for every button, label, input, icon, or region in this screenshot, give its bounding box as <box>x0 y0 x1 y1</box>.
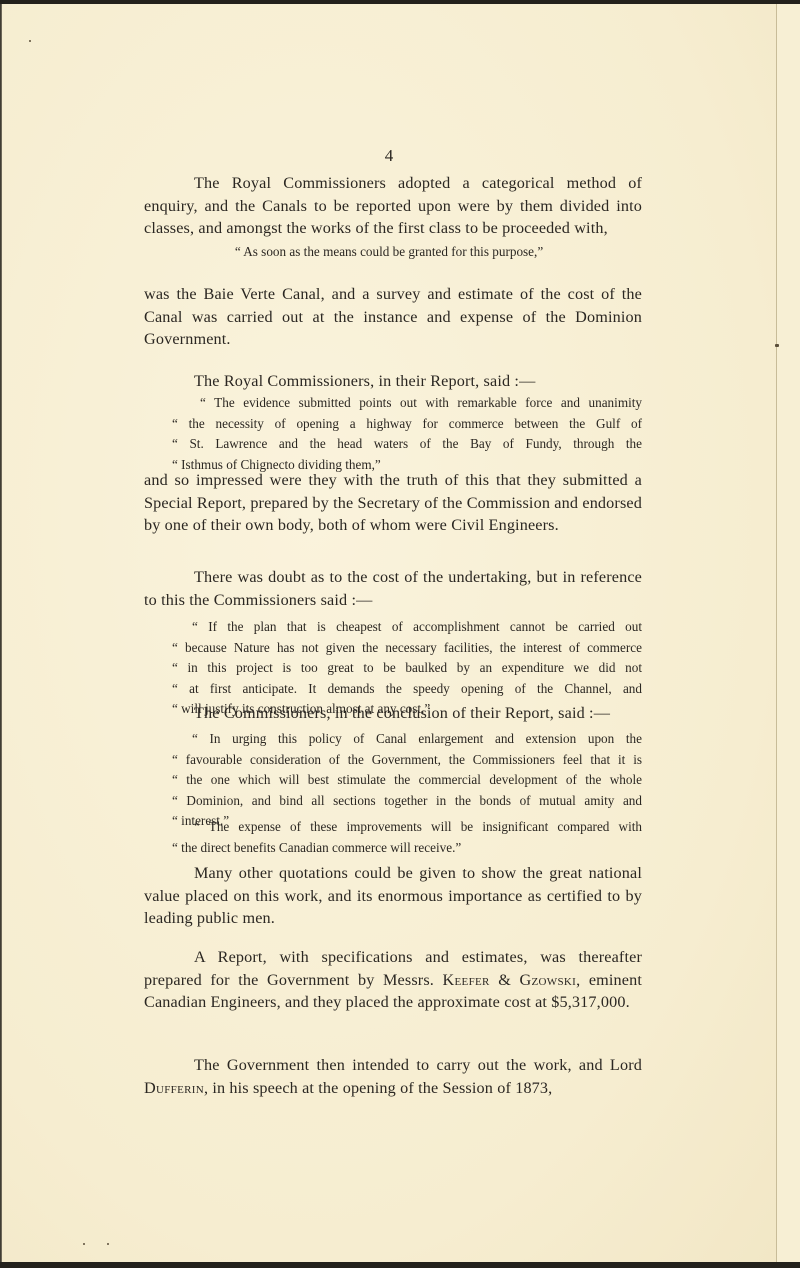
quote-3-line: “ in this project is too great to be bau… <box>172 658 642 679</box>
quote-4-line: “ favourable consideration of the Govern… <box>172 750 642 771</box>
quote-2-line: “ the necessity of opening a highway for… <box>172 414 642 435</box>
name-dufferin: Dufferin <box>144 1079 204 1097</box>
paragraph-2: was the Baie Verte Canal, and a survey a… <box>144 283 642 351</box>
paragraph-9: The Government then intended to carry ou… <box>144 1054 642 1099</box>
paragraph-3: The Royal Commissioners, in their Report… <box>144 370 642 393</box>
paragraph-8: A Report, with specifications and estima… <box>144 946 642 1014</box>
paragraph-9-text: The Government then intended to carry ou… <box>194 1056 642 1074</box>
page-content: 4 The Royal Commissioners adopted a cate… <box>2 4 776 1262</box>
document-page: 4 The Royal Commissioners adopted a cate… <box>2 4 776 1262</box>
quote-5-line: “ The expense of these improvements will… <box>172 817 642 838</box>
paragraph-5: There was doubt as to the cost of the un… <box>144 566 642 611</box>
quote-1: “ As soon as the means could be granted … <box>2 244 776 260</box>
ampersand: & <box>498 971 511 989</box>
quote-3-line: “ If the plan that is cheapest of accomp… <box>172 617 642 638</box>
paper-speck <box>29 40 31 42</box>
paragraph-6: The Commissioners, in the conclusion of … <box>194 702 642 725</box>
quote-4-line: “ In urging this policy of Canal enlarge… <box>172 729 642 750</box>
quote-3-line: “ at first anticipate. It demands the sp… <box>172 679 642 700</box>
quote-2: “ The evidence submitted points out with… <box>172 393 642 475</box>
engineer-name-keefer: Keefer <box>443 971 490 989</box>
quote-5: “ The expense of these improvements will… <box>172 817 642 858</box>
quote-4-line: “ Dominion, and bind all sections togeth… <box>172 791 642 812</box>
quote-5-line: “ the direct benefits Canadian commerce … <box>172 838 642 859</box>
paper-speck <box>83 1243 85 1245</box>
paper-speck <box>107 1243 109 1245</box>
paper-speck <box>775 344 779 347</box>
paragraph-7: Many other quotations could be given to … <box>144 862 642 930</box>
adjacent-page-edge <box>776 4 800 1262</box>
engineer-name-gzowski: Gzowski <box>520 971 577 989</box>
quote-4-line: “ the one which will best stimulate the … <box>172 770 642 791</box>
quote-2-line: “ St. Lawrence and the head waters of th… <box>172 434 642 455</box>
paragraph-4: and so impressed were they with the trut… <box>144 469 642 537</box>
quote-2-line: “ The evidence submitted points out with… <box>172 393 642 414</box>
page-number: 4 <box>2 146 776 166</box>
paragraph-1: The Royal Commissioners adopted a catego… <box>144 172 642 240</box>
scan-border-bottom <box>0 1262 800 1268</box>
paragraph-9-text-end: , in his speech at the opening of the Se… <box>204 1079 552 1097</box>
quote-3-line: “ because Nature has not given the neces… <box>172 638 642 659</box>
